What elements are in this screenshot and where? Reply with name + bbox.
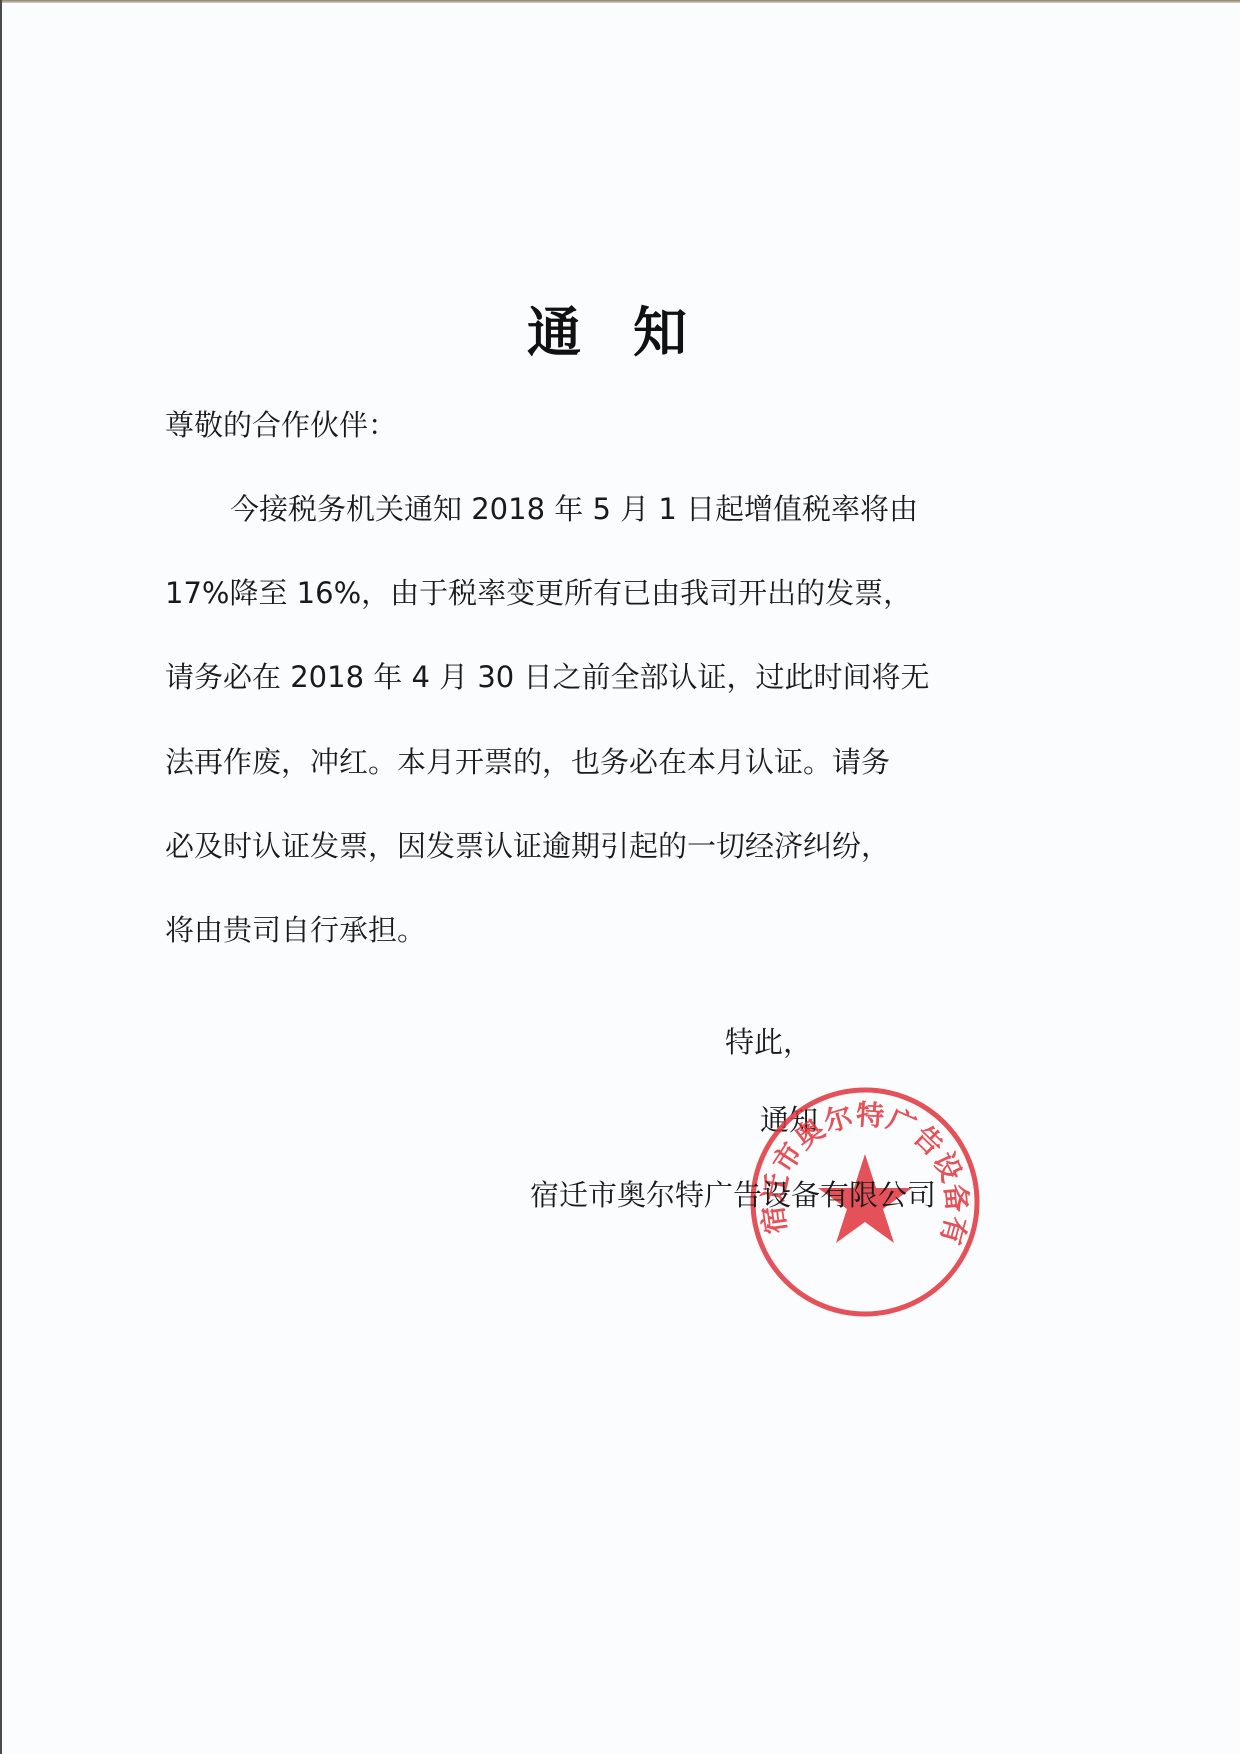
closing-hereby: 特此， (725, 1022, 812, 1062)
body-line-1: 今接税务机关通知 2018 年 5 月 1 日起增值税率将由 (230, 489, 918, 529)
salutation: 尊敬的合作伙伴： (165, 405, 397, 445)
scan-edge-left (0, 0, 2, 1754)
document-page: 通知 尊敬的合作伙伴： 今接税务机关通知 2018 年 5 月 1 日起增值税率… (0, 0, 1240, 1754)
body-line-4: 法再作废，冲红。本月开票的，也务必在本月认证。请务 (165, 742, 890, 782)
body-line-6: 将由贵司自行承担。 (165, 910, 426, 950)
body-line-3: 请务必在 2018 年 4 月 30 日之前全部认证，过此时间将无 (165, 657, 929, 697)
closing-company: 宿迁市奥尔特广告设备有限公司 (530, 1175, 936, 1215)
scan-edge-top (0, 0, 1240, 3)
document-title: 通知 (0, 298, 1240, 368)
body-line-2: 17%降至 16%，由于税率变更所有已由我司开出的发票， (165, 573, 912, 613)
body-line-5: 必及时认证发票，因发票认证逾期引起的一切经济纠纷， (165, 826, 890, 866)
